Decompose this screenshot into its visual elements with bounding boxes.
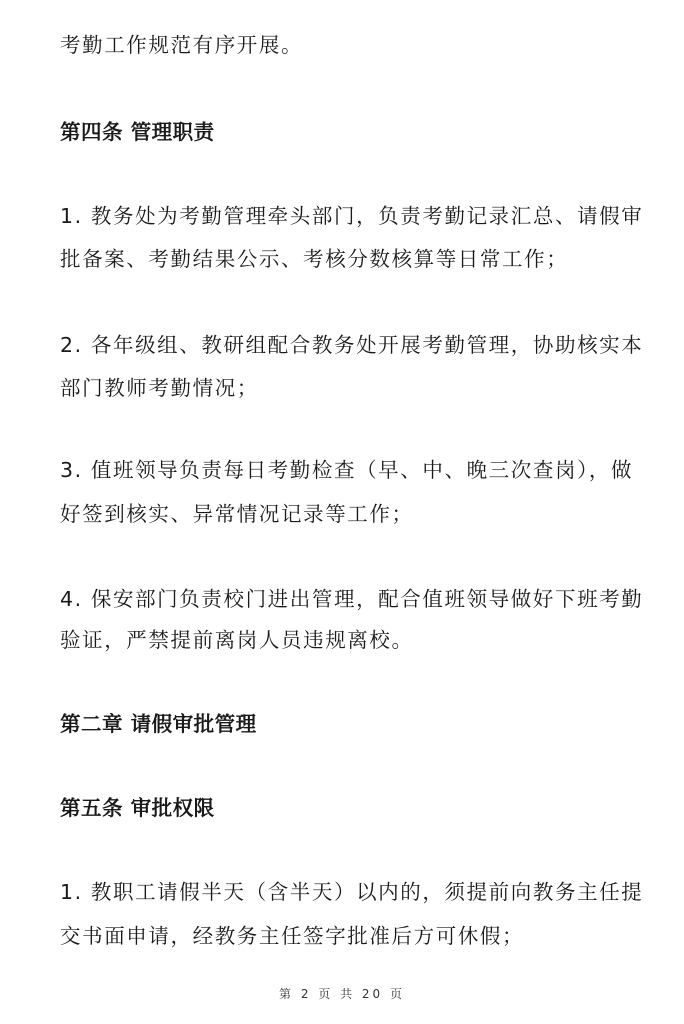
- body-text-line: 批备案、考勤结果公示、考核分数核算等日常工作；: [60, 247, 568, 271]
- section-heading-article-4: 第四条 管理职责: [60, 120, 215, 144]
- body-text-line: 3. 值班领导负责每日考勤检查（早、中、晚三次查岗），做: [60, 458, 633, 482]
- body-text-line: 2. 各年级组、教研组配合教务处开展考勤管理，协助核实本: [60, 333, 643, 357]
- body-text-line: 4. 保安部门负责校门进出管理，配合值班领导做好下班考勤: [60, 587, 643, 611]
- body-text-line: 好签到核实、异常情况记录等工作；: [60, 502, 414, 526]
- section-heading-article-5: 第五条 审批权限: [60, 796, 215, 820]
- page-number-footer: 第 2 页 共 20 页: [0, 985, 684, 1002]
- chapter-heading: 第二章 请假审批管理: [60, 712, 257, 736]
- body-text-line: 考勤工作规范有序开展。: [60, 33, 303, 57]
- body-text-line: 1. 教职工请假半天（含半天）以内的，须提前向教务主任提: [60, 880, 643, 904]
- body-text-line: 验证，严禁提前离岗人员违规离校。: [60, 628, 414, 652]
- body-text-line: 部门教师考勤情况；: [60, 376, 259, 400]
- body-text-line: 交书面申请，经教务主任签字批准后方可休假；: [60, 924, 524, 948]
- body-text-line: 1. 教务处为考勤管理牵头部门，负责考勤记录汇总、请假审: [60, 204, 643, 228]
